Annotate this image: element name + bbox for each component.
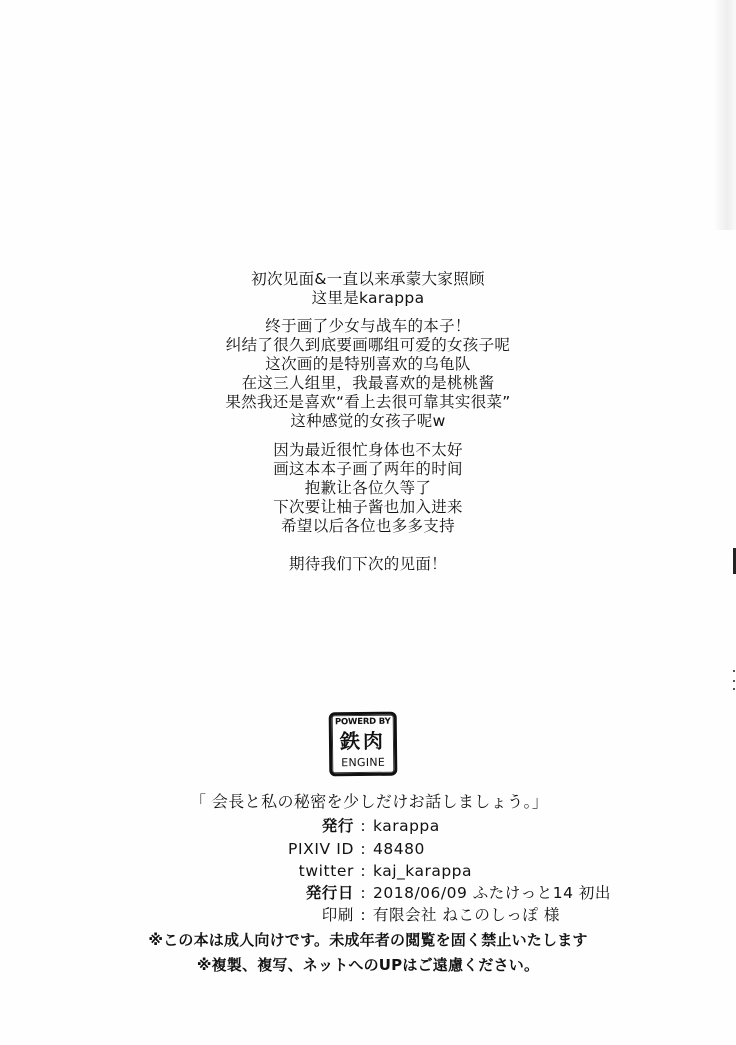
adult-content-notice: ※この本は成人向けです。未成年者の閲覧を固く禁止いたします — [0, 930, 736, 950]
afterword-line: 这次画的是特别喜欢的乌龟队 — [0, 355, 736, 374]
afterword-line: 这种感觉的女孩子呢w — [0, 412, 736, 431]
scanned-page: 初次见面&一直以来承蒙大家照顾 这里是karappa 终于画了少女与战车的本子！… — [0, 0, 736, 1045]
scan-edge-shadow — [714, 0, 736, 230]
colophon-separator: : — [358, 904, 368, 926]
no-reproduction-notice: ※複製、複写、ネットへのUPはご遠慮ください。 — [0, 955, 736, 975]
colophon-key: 印刷 — [322, 904, 354, 926]
afterword-line: 终于画了少女与战车的本子！ — [0, 317, 736, 336]
colophon-value: kaj_karappa — [373, 860, 472, 882]
afterword-greeting: 初次见面&一直以来承蒙大家照顾 这里是karappa — [0, 270, 736, 308]
logo-middle-text: 鉄肉 — [332, 729, 394, 754]
colophon-value: 有限会社 ねこのしっぽ 様 — [373, 904, 560, 926]
afterword-paragraph-1: 终于画了少女与战车的本子！ 纠结了很久到底要画哪组可爱的女孩子呢 这次画的是特别… — [0, 317, 736, 431]
book-title: 「 会長と私の秘密を少しだけお話しましょう。」 — [190, 792, 550, 812]
afterword-line: 初次见面&一直以来承蒙大家照顾 — [0, 270, 736, 289]
logo-top-text: POWERD BY — [332, 717, 394, 729]
afterword-line: 果然我还是喜欢“看上去很可靠其实很菜” — [0, 393, 736, 412]
logo-bottom-text: ENGINE — [332, 756, 394, 771]
afterword-line: 希望以后各位也多多支持 — [0, 517, 736, 536]
colophon-separator: : — [358, 838, 368, 860]
afterword-line: 期待我们下次的见面！ — [0, 555, 736, 574]
colophon-row-pixiv-id: PIXIV ID : 48480 — [0, 838, 736, 860]
colophon-value: karappa — [373, 815, 440, 837]
colophon-separator: : — [358, 815, 368, 837]
colophon-value: 48480 — [373, 838, 425, 860]
afterword-line: 抱歉让各位久等了 — [0, 479, 736, 498]
colophon-row-printer: 印刷 : 有限会社 ねこのしっぽ 様 — [0, 904, 736, 926]
scan-speck — [733, 670, 735, 672]
colophon-separator: : — [358, 860, 368, 882]
colophon-key: 発行 — [322, 815, 354, 837]
afterword-line: 因为最近很忙身体也不太好 — [0, 441, 736, 460]
afterword-line: 纠结了很久到底要画哪组可爱的女孩子呢 — [0, 336, 736, 355]
colophon-row-twitter: twitter : kaj_karappa — [0, 860, 736, 882]
scan-speck — [733, 688, 735, 690]
afterword-line: 下次要让柚子酱也加入进来 — [0, 498, 736, 517]
afterword-line: 这里是karappa — [0, 289, 736, 308]
colophon-key: PIXIV ID — [288, 838, 354, 860]
afterword-paragraph-2: 因为最近很忙身体也不太好 画这本本子画了两年的时间 抱歉让各位久等了 下次要让柚… — [0, 441, 736, 536]
afterword-line: 在这三人组里，我最喜欢的是桃桃酱 — [0, 374, 736, 393]
colophon-row-publisher: 発行 : karappa — [0, 815, 736, 837]
circle-logo-stamp: POWERD BY 鉄肉 ENGINE — [329, 712, 398, 777]
afterword-line: 画这本本子画了两年的时间 — [0, 460, 736, 479]
colophon-key: 発行日 — [306, 882, 354, 904]
afterword-closing: 期待我们下次的见面！ — [0, 555, 736, 574]
colophon-key: twitter — [299, 860, 354, 882]
colophon-row-publish-date: 発行日 : 2018/06/09 ふたけっと14 初出 — [0, 882, 736, 904]
colophon-value: 2018/06/09 ふたけっと14 初出 — [373, 882, 611, 904]
colophon-separator: : — [358, 882, 368, 904]
scan-speck — [733, 680, 735, 682]
